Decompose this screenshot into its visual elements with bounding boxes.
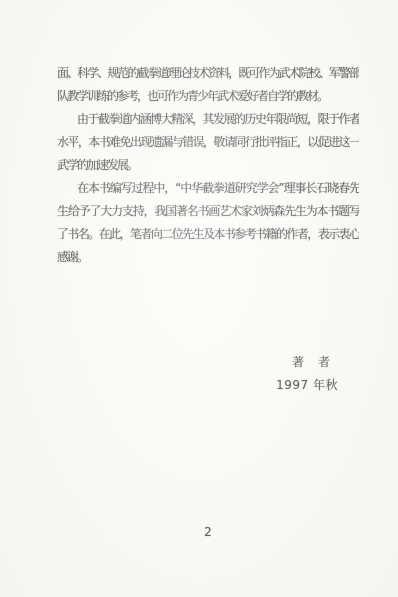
paragraph: 由于截拳道内涵博大精深，其发展的历史年限尚短，限于作者水平，本书难免出现遗漏与错… <box>57 108 359 177</box>
paragraph: 面、科学、规范的截拳道理论技术资料，既可作为武术院校、军警部队教学训练的参考，也… <box>57 62 359 108</box>
page-number: 2 <box>57 524 359 540</box>
text-line: 感谢。 <box>57 246 359 269</box>
text-line: 水平，本书难免出现遗漏与错误，敬请同行批评指正，以促进这一 <box>57 131 359 154</box>
signature-block: 著 者 1997 年秋 <box>276 351 338 397</box>
signature-date: 1997 年秋 <box>276 374 338 397</box>
text-line: 队教学训练的参考，也可作为青少年武术爱好者自学的教材。 <box>57 85 359 108</box>
text-line: 生给予了大力支持，我国著名书画艺术家刘炳森先生为本书题写 <box>57 200 359 223</box>
text-line: 武学的加速发展。 <box>57 154 359 177</box>
text-line: 了书名。在此，笔者向二位先生及本书参考书籍的作者，表示衷心 <box>57 223 359 246</box>
paragraph: 在本书编写过程中，“中华截拳道研究学会”理事长石晓春先生给予了大力支持，我国著名… <box>57 177 359 269</box>
text-line: 在本书编写过程中，“中华截拳道研究学会”理事长石晓春先 <box>57 177 359 200</box>
text-line: 由于截拳道内涵博大精深，其发展的历史年限尚短，限于作者 <box>57 108 359 131</box>
body-text: 面、科学、规范的截拳道理论技术资料，既可作为武术院校、军警部队教学训练的参考，也… <box>57 62 359 269</box>
author-label: 著 者 <box>276 351 338 374</box>
scanned-book-page: 面、科学、规范的截拳道理论技术资料，既可作为武术院校、军警部队教学训练的参考，也… <box>0 0 398 597</box>
text-line: 面、科学、规范的截拳道理论技术资料，既可作为武术院校、军警部 <box>57 62 359 85</box>
